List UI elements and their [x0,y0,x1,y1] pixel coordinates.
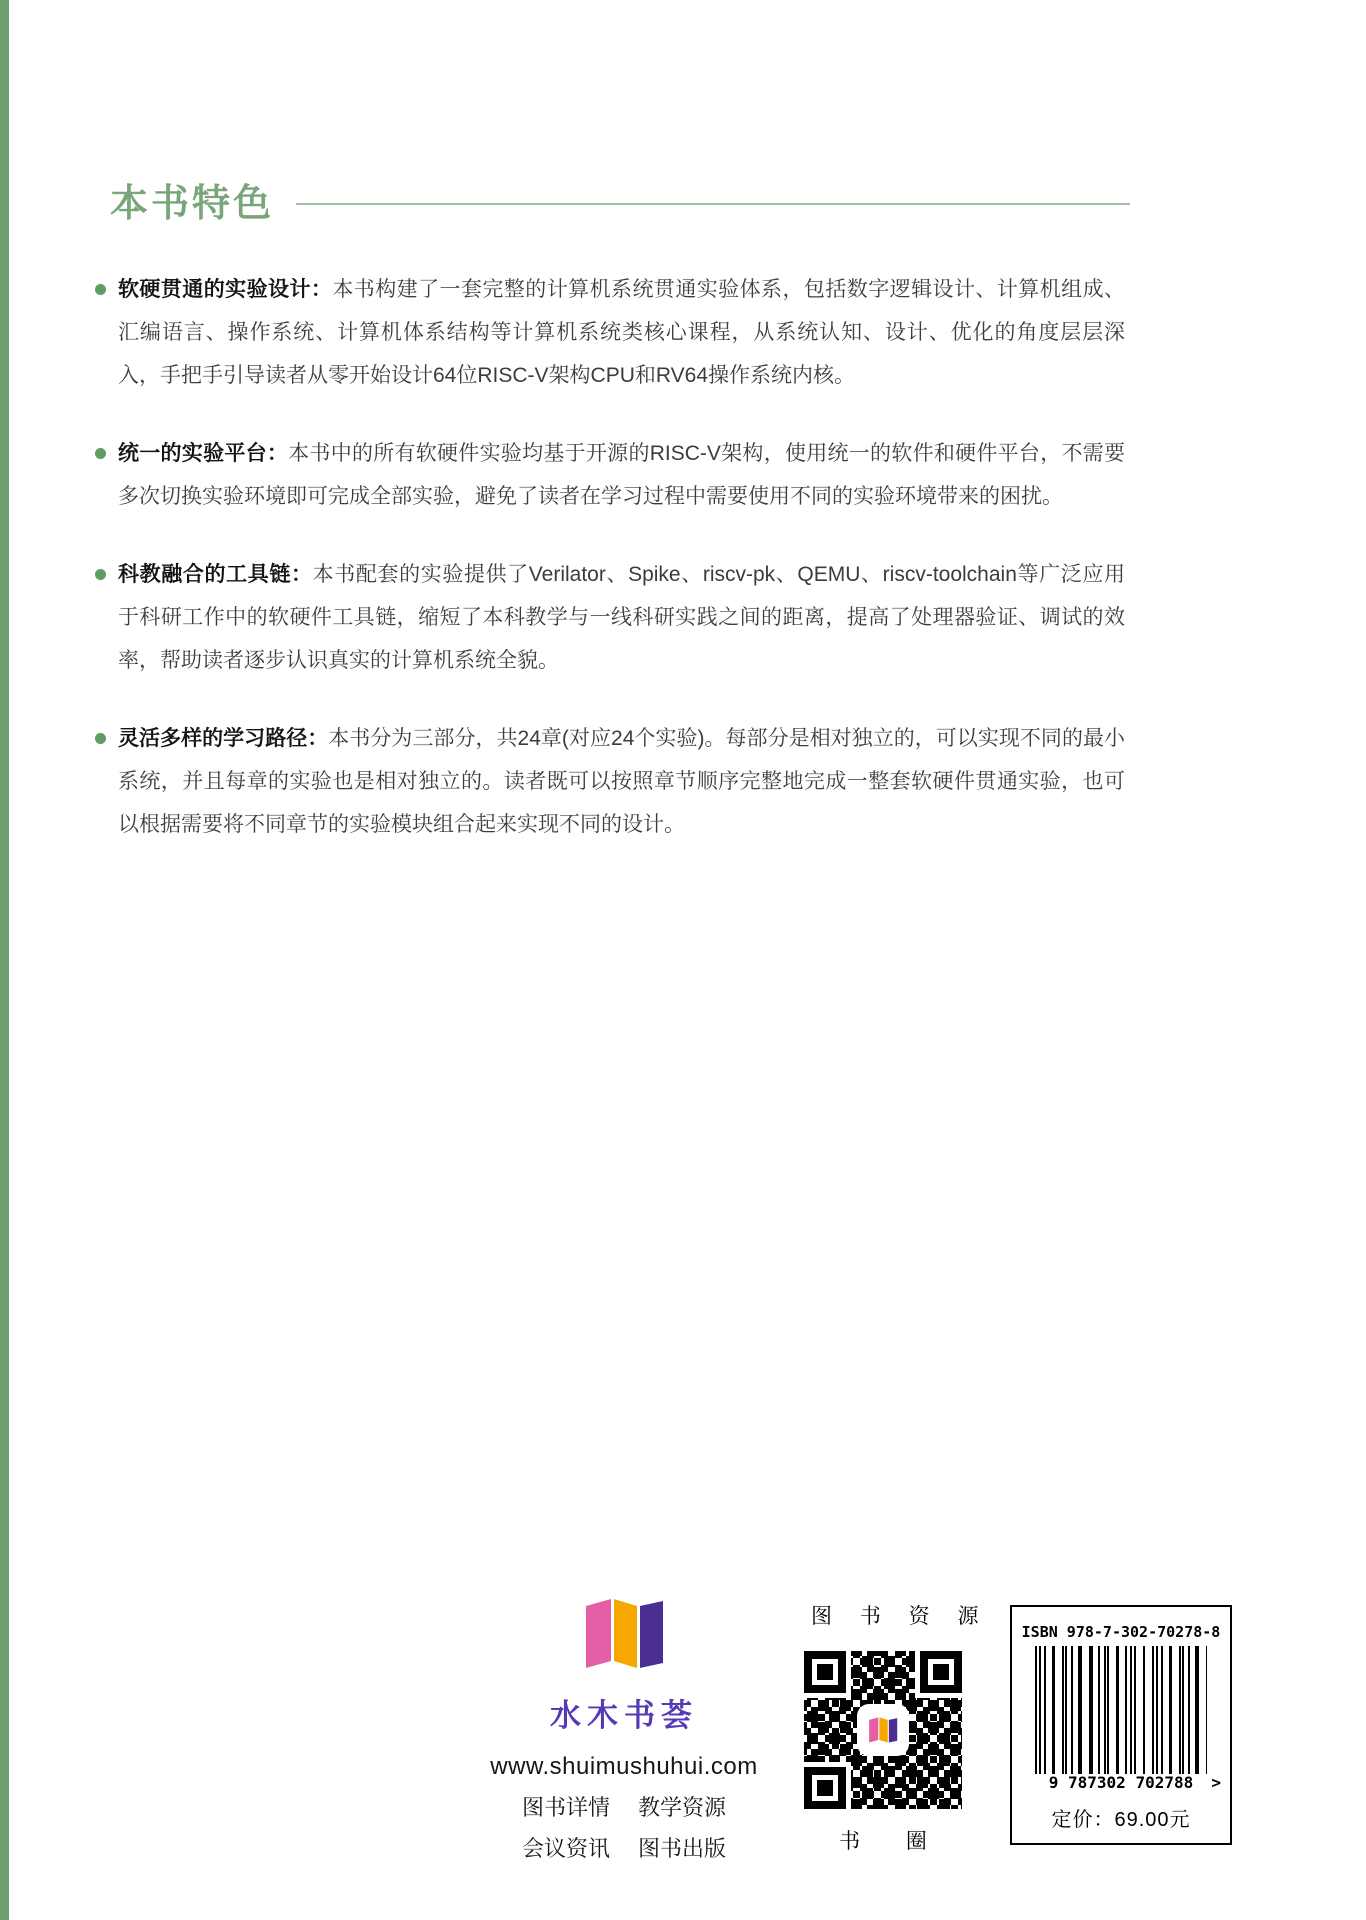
header-rule [296,203,1130,205]
brand-link: 图书出版 [638,1832,726,1863]
feature-paragraph: 科教融合的工具链：本书配套的实验提供了Verilator、Spike、riscv… [118,553,1125,682]
ean-digits: 9 787302 702788 > [1012,1773,1230,1792]
bullet-dot-icon [95,284,106,295]
book-back-cover: 本书特色 软硬贯通的实验设计：本书构建了一套完整的计算机系统贯通实验体系，包括数… [0,0,1366,1920]
barcode [1035,1646,1207,1774]
bullet-dot-icon [95,448,106,459]
brand-links-row: 会议资讯 图书出版 [398,1832,850,1863]
brand-link: 图书详情 [522,1791,610,1822]
page-title: 本书特色 [110,172,274,227]
qr-finder-icon [804,1767,846,1809]
feature-list: 软硬贯通的实验设计：本书构建了一套完整的计算机系统贯通实验体系，包括数字逻辑设计… [118,268,1125,881]
folded-book-logo-icon [583,1598,665,1672]
section-header: 本书特色 [110,172,1130,227]
brand-link: 会议资讯 [522,1832,610,1863]
feature-paragraph: 灵活多样的学习路径：本书分为三部分，共24章(对应24个实验)。每部分是相对独立… [118,717,1125,846]
feature-item: 统一的实验平台：本书中的所有软硬件实验均基于开源的RISC-V架构，使用统一的软… [118,432,1125,518]
brand-website: www.shuimushuhui.com [398,1753,850,1781]
brand-link: 教学资源 [638,1791,726,1822]
feature-label: 软硬贯通的实验设计： [118,278,332,301]
bullet-dot-icon [95,733,106,744]
qr-finder-icon [920,1651,962,1693]
feature-label: 灵活多样的学习路径： [118,727,328,750]
feature-item: 科教融合的工具链：本书配套的实验提供了Verilator、Spike、riscv… [118,553,1125,682]
isbn-panel: ISBN 978-7-302-70278-8 9 787302 702788 >… [1010,1605,1232,1845]
price-label: 定价：69.00元 [1012,1803,1230,1832]
qr-caption: 书 圈 [800,1825,966,1855]
green-edge-strip [0,0,9,1920]
qr-center-logo [860,1707,906,1753]
feature-label: 科教融合的工具链： [118,563,313,586]
feature-label: 统一的实验平台： [118,442,288,465]
qr-section: 图 书 资 源 书 圈 [800,1600,966,1855]
feature-paragraph: 统一的实验平台：本书中的所有软硬件实验均基于开源的RISC-V架构，使用统一的软… [118,432,1125,518]
folded-book-logo-icon [868,1717,898,1744]
brand-links-row: 图书详情 教学资源 [398,1791,850,1822]
feature-paragraph: 软硬贯通的实验设计：本书构建了一套完整的计算机系统贯通实验体系，包括数字逻辑设计… [118,268,1125,397]
feature-item: 软硬贯通的实验设计：本书构建了一套完整的计算机系统贯通实验体系，包括数字逻辑设计… [118,268,1125,397]
ean-digits-text: 9 787302 702788 [1049,1773,1194,1792]
qr-code [804,1651,962,1809]
isbn-number: ISBN 978-7-302-70278-8 [1012,1623,1230,1641]
bullet-dot-icon [95,569,106,580]
qr-title: 图 书 资 源 [800,1600,966,1630]
publisher-brand: 水木书荟 www.shuimushuhui.com 图书详情 教学资源 会议资讯… [398,1598,850,1863]
feature-item: 灵活多样的学习路径：本书分为三部分，共24章(对应24个实验)。每部分是相对独立… [118,717,1125,846]
qr-finder-icon [804,1651,846,1693]
ean-suffix: > [1211,1773,1221,1792]
brand-name: 水木书荟 [398,1690,850,1735]
